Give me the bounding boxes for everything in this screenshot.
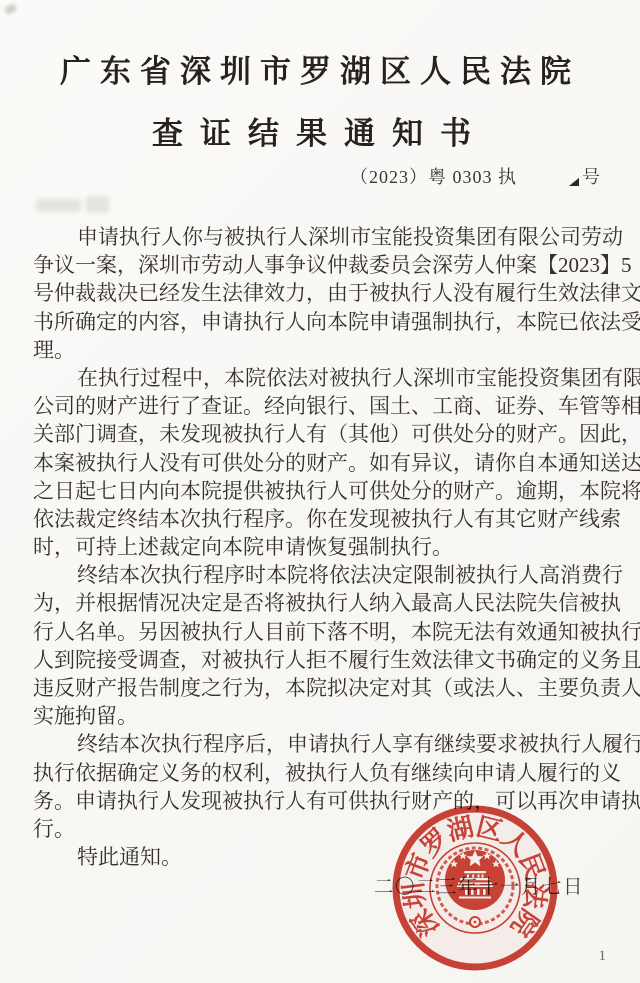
page-number: 1: [599, 948, 607, 965]
body-line: 争议一案，深圳市劳动人事争议仲裁委员会深劳人仲案【2023】5: [33, 251, 607, 279]
document-date: 二〇二三年十一月七日: [374, 871, 584, 899]
case-number-prefix: （2023）粤 0303 执: [350, 163, 517, 189]
body-line: 本案被执行人没有可供处分的财产。如有异议，请你自本通知送达: [33, 449, 607, 477]
gear-center: [474, 921, 477, 924]
body-line: 依法裁定终结本次执行程序。你在发现被执行人有其它财产线索: [33, 505, 607, 533]
body-line: 关部门调查，未发现被执行人有（其他）可供处分的财产。因此，: [33, 420, 607, 448]
body-line: 行人名单。另因被执行人目前下落不明，本院无法有效通知被执行: [33, 618, 607, 646]
body-line: 终结本次执行程序后，申请执行人享有继续要求被执行人履行: [33, 730, 607, 758]
document-page: 广东省深圳市罗湖区人民法院 查证结果通知书 （2023）粤 0303 执 号 申…: [0, 0, 640, 983]
document-body: 申请执行人你与被执行人深圳市宝能投资集团有限公司劳动 争议一案，深圳市劳动人事争…: [33, 223, 607, 871]
court-name-title: 广东省深圳市罗湖区人民法院: [0, 46, 640, 91]
document-title: 查证结果通知书: [0, 108, 640, 153]
body-line: 书所确定的内容，申请执行人向本院申请强制执行，本院已依法受: [33, 308, 607, 336]
case-number-suffix: 号: [582, 163, 601, 189]
redaction-smudge: [36, 199, 81, 212]
body-line: 理。: [33, 336, 607, 364]
redaction-mark: [569, 177, 579, 186]
scan-artifact: [4, 3, 17, 15]
body-line: 违反财产报告制度之行为，本院拟决定对其（或法人、主要负责人）: [33, 674, 607, 702]
body-line: 为，并根据情况决定是否将被执行人纳入最高人民法院失信被执: [33, 589, 607, 617]
body-line: 号仲裁裁决已经发生法律效力，由于被执行人没有履行生效法律文: [33, 279, 607, 307]
body-line: 申请执行人你与被执行人深圳市宝能投资集团有限公司劳动: [33, 223, 607, 251]
body-line: 实施拘留。: [33, 702, 607, 730]
body-line: 人到院接受调查，对被执行人拒不履行生效法律文书确定的义务且: [33, 646, 607, 674]
redaction-smudge: [86, 196, 109, 213]
body-line: 执行依据确定义务的权利，被执行人负有继续向申请人履行的义: [33, 759, 607, 787]
case-number: （2023）粤 0303 执 号: [350, 163, 601, 189]
body-line: 终结本次执行程序时本院将依法决定限制被执行人高消费行: [33, 561, 607, 589]
body-line: 时，可持上述裁定向本院申请恢复强制执行。: [33, 533, 607, 561]
body-line: 在执行过程中，本院依法对被执行人深圳市宝能投资集团有限: [33, 364, 607, 392]
body-line: 之日起七日内向本院提供被执行人可供处分的财产。逾期，本院将: [33, 477, 607, 505]
body-line: 公司的财产进行了查证。经向银行、国土、工商、证券、车管等相: [33, 392, 607, 420]
